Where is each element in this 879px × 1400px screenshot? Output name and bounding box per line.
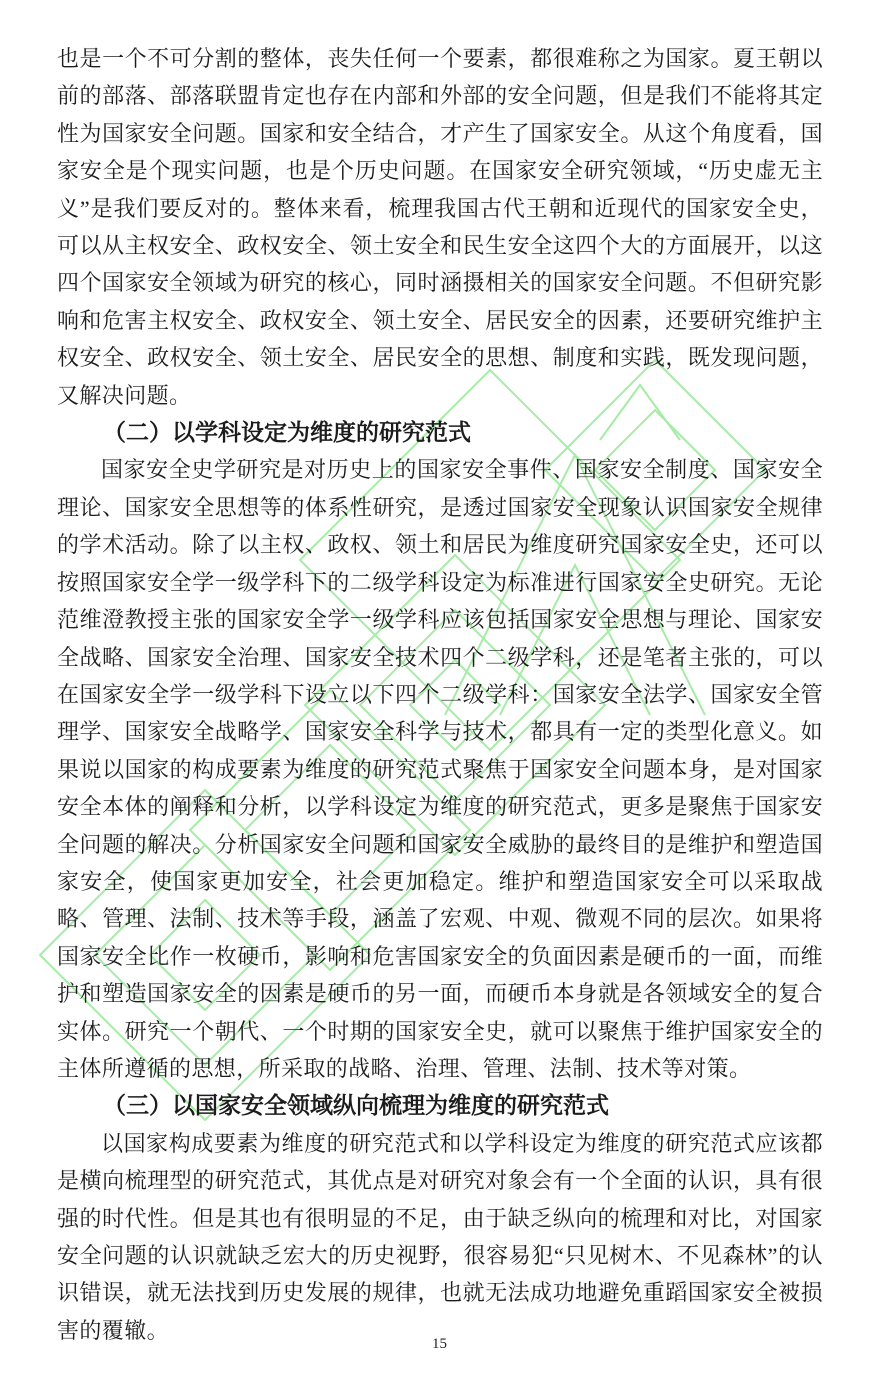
body-paragraph: 也是一个不可分割的整体，丧失任何一个要素，都很难称之为国家。夏王朝以前的部落、部… [57, 40, 823, 414]
page-number: 15 [0, 1336, 879, 1353]
page-content: 也是一个不可分割的整体，丧失任何一个要素，都很难称之为国家。夏王朝以前的部落、部… [57, 40, 823, 1349]
body-paragraph: 国家安全史学研究是对历史上的国家安全事件、国家安全制度、国家安全理论、国家安全思… [57, 451, 823, 1087]
document-page: 也是一个不可分割的整体，丧失任何一个要素，都很难称之为国家。夏王朝以前的部落、部… [0, 0, 879, 1400]
section-heading-2: （二）以学科设定为维度的研究范式 [57, 414, 823, 451]
body-paragraph: 以国家构成要素为维度的研究范式和以学科设定为维度的研究范式应该都是横向梳理型的研… [57, 1125, 823, 1349]
section-heading-3: （三）以国家安全领域纵向梳理为维度的研究范式 [57, 1087, 823, 1124]
